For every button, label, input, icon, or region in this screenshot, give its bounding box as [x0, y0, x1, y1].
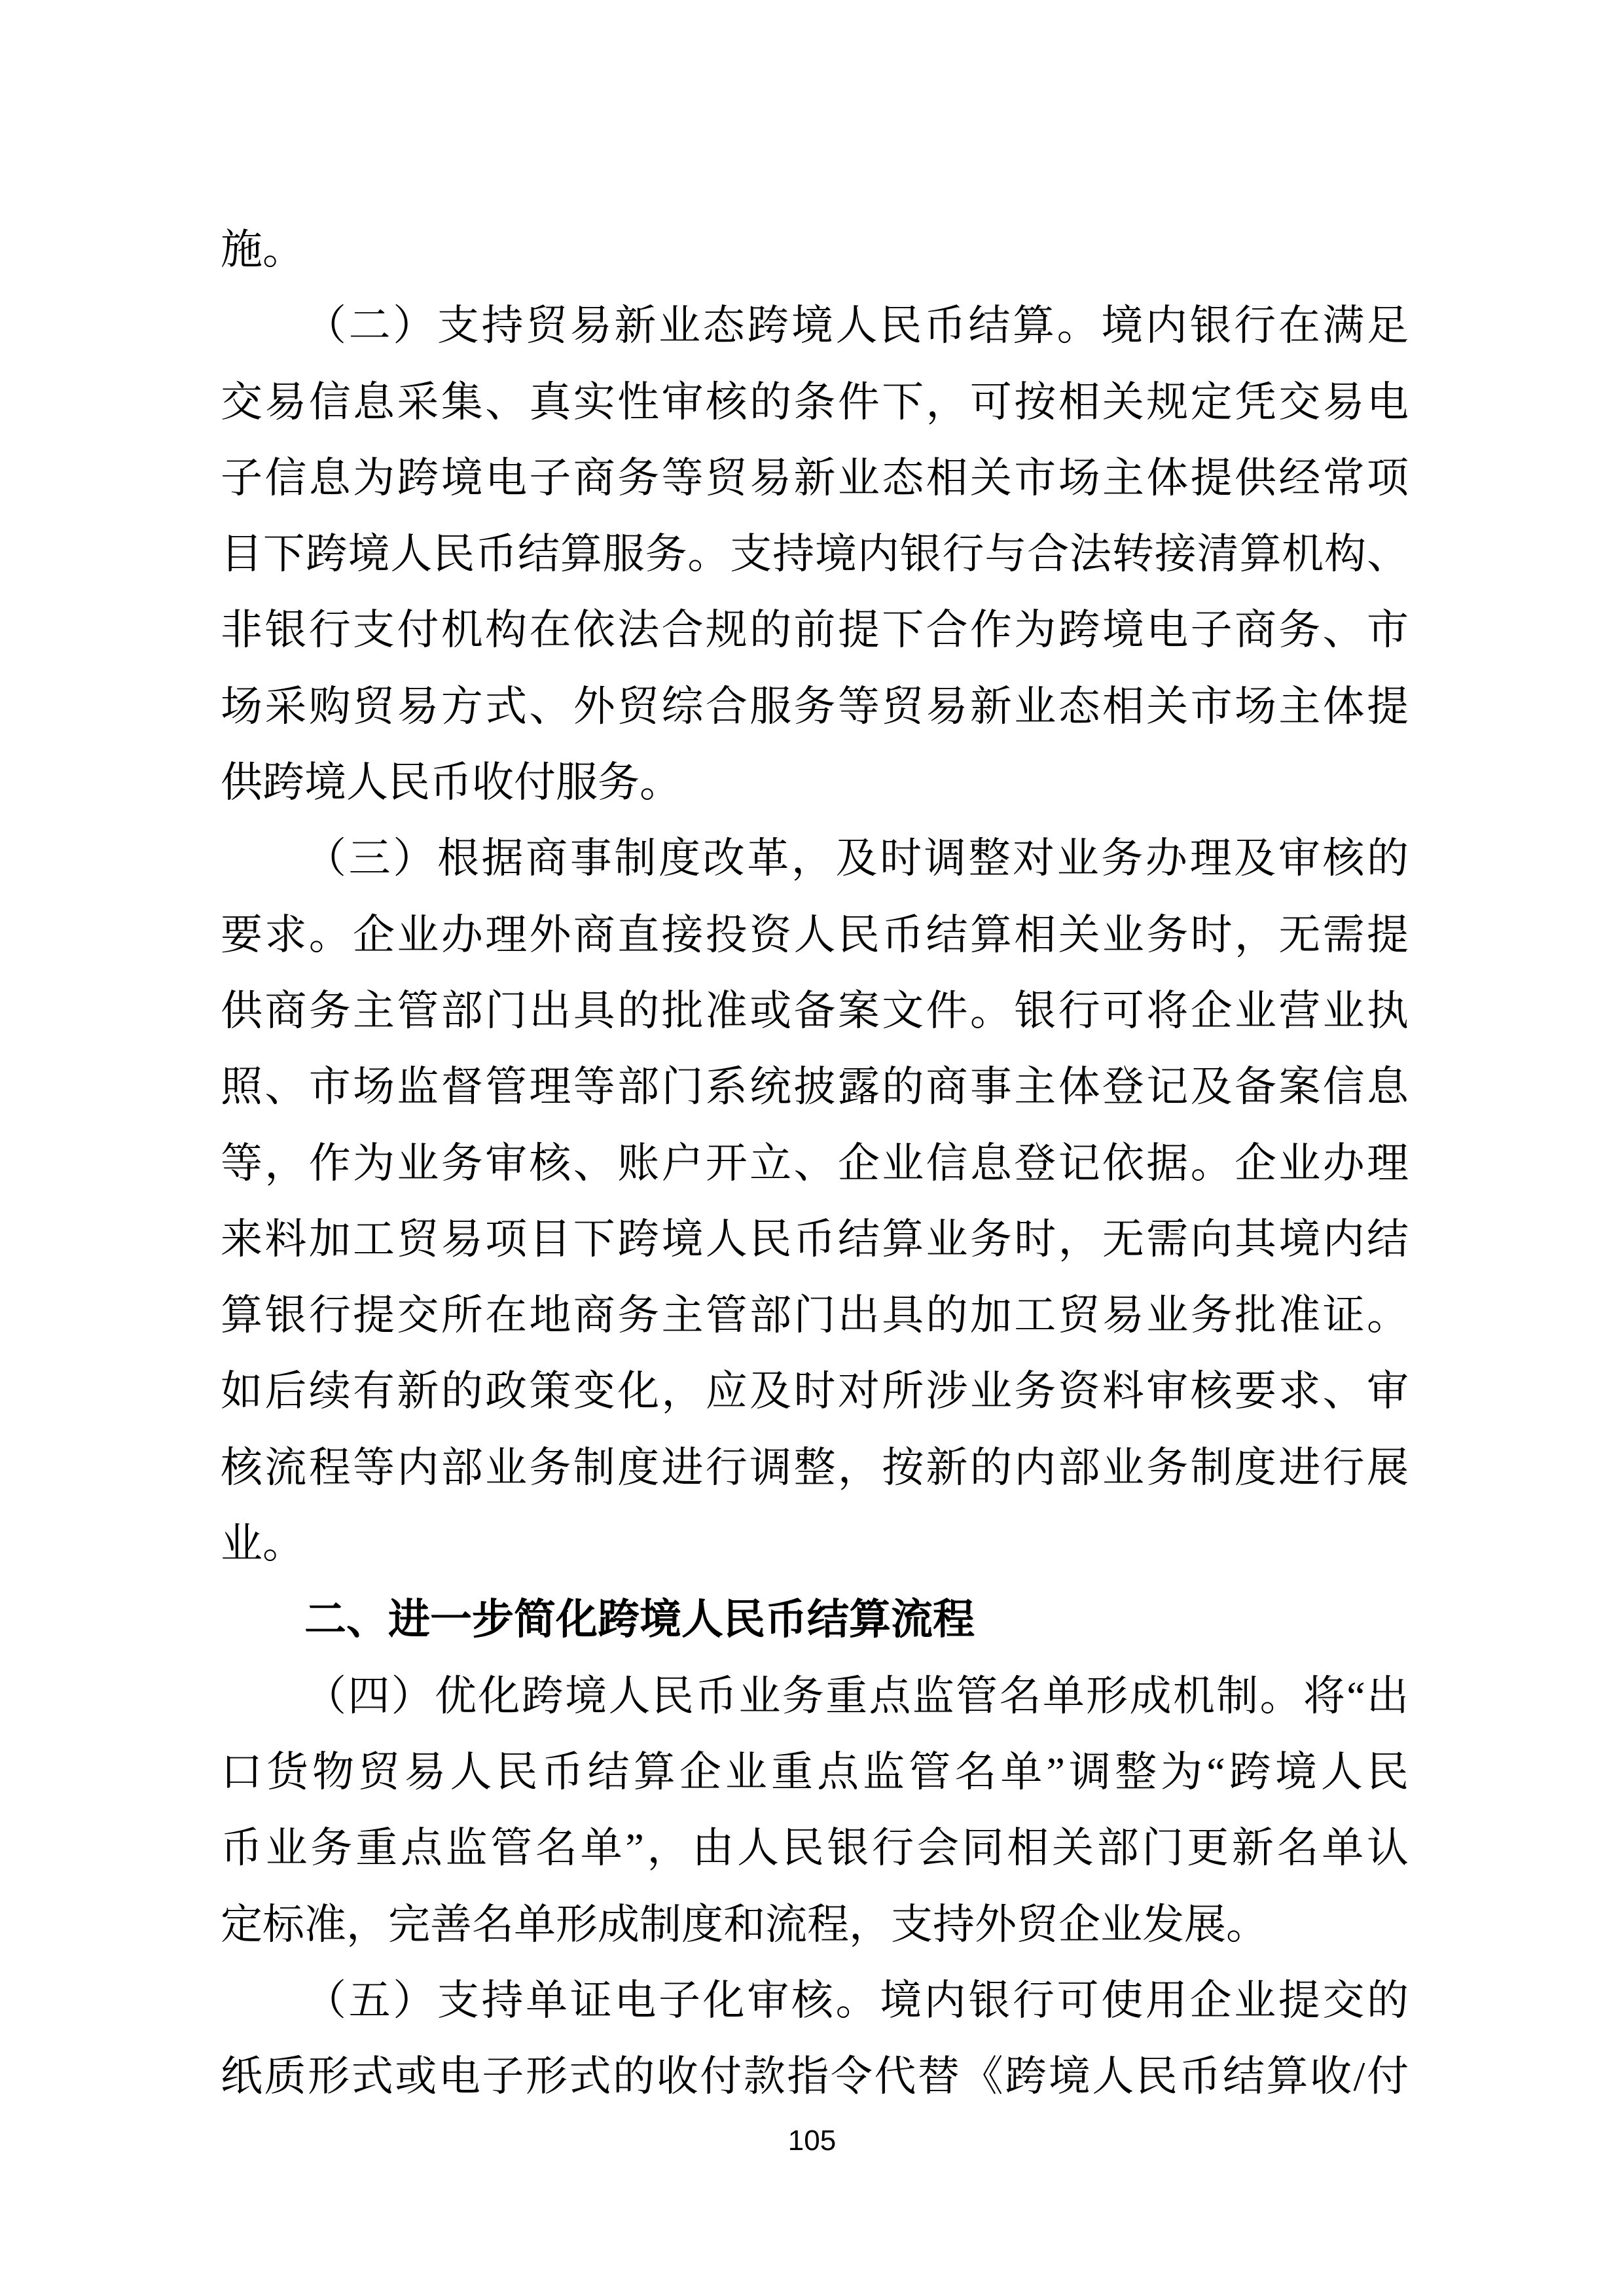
- document-page: 施。 （二）支持贸易新业态跨境人民币结算。境内银行在满足 交易信息采集、真实性审…: [0, 0, 1624, 2296]
- text-line: 定标准，完善名单形成制度和流程，支持外贸企业发展。: [221, 1887, 1409, 1963]
- text-line: 算银行提交所在地商务主管部门出具的加工贸易业务批准证。: [221, 1278, 1409, 1354]
- text-line: 币业务重点监管名单”，由人民银行会同相关部门更新名单认: [221, 1810, 1409, 1886]
- page-number: 105: [788, 2125, 836, 2157]
- text-line: 场采购贸易方式、外贸综合服务等贸易新业态相关市场主体提: [221, 669, 1409, 745]
- page-footer: 105: [0, 2125, 1624, 2157]
- text-line: 口货物贸易人民币结算企业重点监管名单”调整为“跨境人民: [221, 1734, 1409, 1810]
- document-body: 施。 （二）支持贸易新业态跨境人民币结算。境内银行在满足 交易信息采集、真实性审…: [221, 212, 1409, 2115]
- text-line: 等，作为业务审核、账户开立、企业信息登记依据。企业办理: [221, 1126, 1409, 1202]
- text-line: 要求。企业办理外商直接投资人民币结算相关业务时，无需提: [221, 897, 1409, 973]
- text-line: 供商务主管部门出具的批准或备案文件。银行可将企业营业执: [221, 973, 1409, 1049]
- text-line: （二）支持贸易新业态跨境人民币结算。境内银行在满足: [221, 288, 1409, 364]
- text-line: （三）根据商事制度改革，及时调整对业务办理及审核的: [221, 821, 1409, 897]
- text-line: 来料加工贸易项目下跨境人民币结算业务时，无需向其境内结: [221, 1202, 1409, 1278]
- text-line: 非银行支付机构在依法合规的前提下合作为跨境电子商务、市: [221, 592, 1409, 668]
- text-line: （五）支持单证电子化审核。境内银行可使用企业提交的: [221, 1963, 1409, 2039]
- text-line: 目下跨境人民币结算服务。支持境内银行与合法转接清算机构、: [221, 516, 1409, 592]
- section-heading: 二、进一步简化跨境人民币结算流程: [221, 1582, 1409, 1658]
- text-line: 业。: [221, 1506, 1409, 1582]
- text-line: 如后续有新的政策变化，应及时对所涉业务资料审核要求、审: [221, 1354, 1409, 1429]
- text-line: 照、市场监督管理等部门系统披露的商事主体登记及备案信息: [221, 1049, 1409, 1125]
- text-line: 施。: [221, 212, 1409, 288]
- text-line: 子信息为跨境电子商务等贸易新业态相关市场主体提供经常项: [221, 440, 1409, 516]
- text-line: 交易信息采集、真实性审核的条件下，可按相关规定凭交易电: [221, 365, 1409, 440]
- text-line: 纸质形式或电子形式的收付款指令代替《跨境人民币结算收/付: [221, 2039, 1409, 2115]
- text-line: （四）优化跨境人民币业务重点监管名单形成机制。将“出: [221, 1659, 1409, 1734]
- text-line: 核流程等内部业务制度进行调整，按新的内部业务制度进行展: [221, 1430, 1409, 1506]
- text-line: 供跨境人民币收付服务。: [221, 745, 1409, 821]
